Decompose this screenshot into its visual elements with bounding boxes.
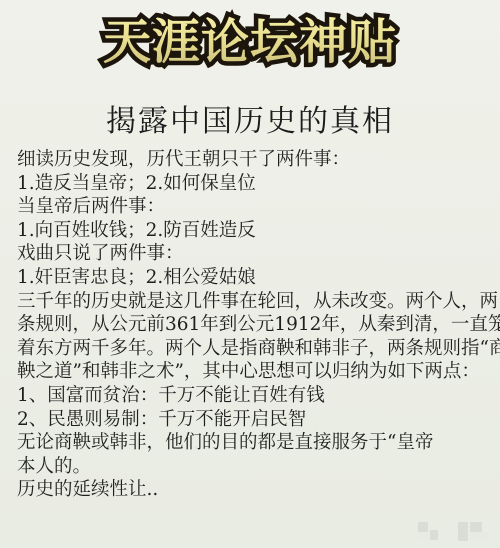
body-line: 2、民愚则易制：千万不能开启民智 <box>17 408 487 432</box>
body-line: 无论商鞅或韩非，他们的目的都是直接服务于“皇帝 <box>17 431 487 455</box>
body-line: 1、国富而贫治：千万不能让百姓有钱 <box>17 384 487 408</box>
post-image: 天涯论坛神贴 天涯论坛神贴 揭露中国历史的真相 细读历史发现，历代王朝只干了两件… <box>0 0 500 548</box>
body-line: 条规则，从公元前361年到公元1912年，从秦到清，一直笼罩 <box>17 313 487 337</box>
page-title: 天涯论坛神贴 <box>0 12 500 72</box>
body-line: 细读历史发现，历代王朝只干了两件事： <box>17 148 487 172</box>
body-line: 鞅之道”和韩非之术”，其中心思想可以归纳为如下两点： <box>17 360 487 384</box>
body-line: 当皇帝后两件事： <box>17 195 487 219</box>
body-line: 戏曲只说了两件事： <box>17 242 487 266</box>
body-line: 1.奸臣害忠良；2.相公爱姑娘 <box>17 266 487 290</box>
body-line: 本人的。 <box>17 455 487 479</box>
body-line: 1.造反当皇帝；2.如何保皇位 <box>17 172 487 196</box>
page-subtitle: 揭露中国历史的真相 <box>0 102 500 142</box>
body-line: 着东方两千多年。两个人是指商鞅和韩非子，两条规则指“商 <box>17 337 487 361</box>
body-line: 1.向百姓收钱；2.防百姓造反 <box>17 219 487 243</box>
body-line: 三千年的历史就是这几件事在轮回，从未改变。两个人，两 <box>17 290 487 314</box>
watermark <box>416 520 492 542</box>
article-body: 细读历史发现，历代王朝只干了两件事： 1.造反当皇帝；2.如何保皇位 当皇帝后两… <box>17 148 487 502</box>
body-line: 历史的延续性让.. <box>17 478 487 502</box>
